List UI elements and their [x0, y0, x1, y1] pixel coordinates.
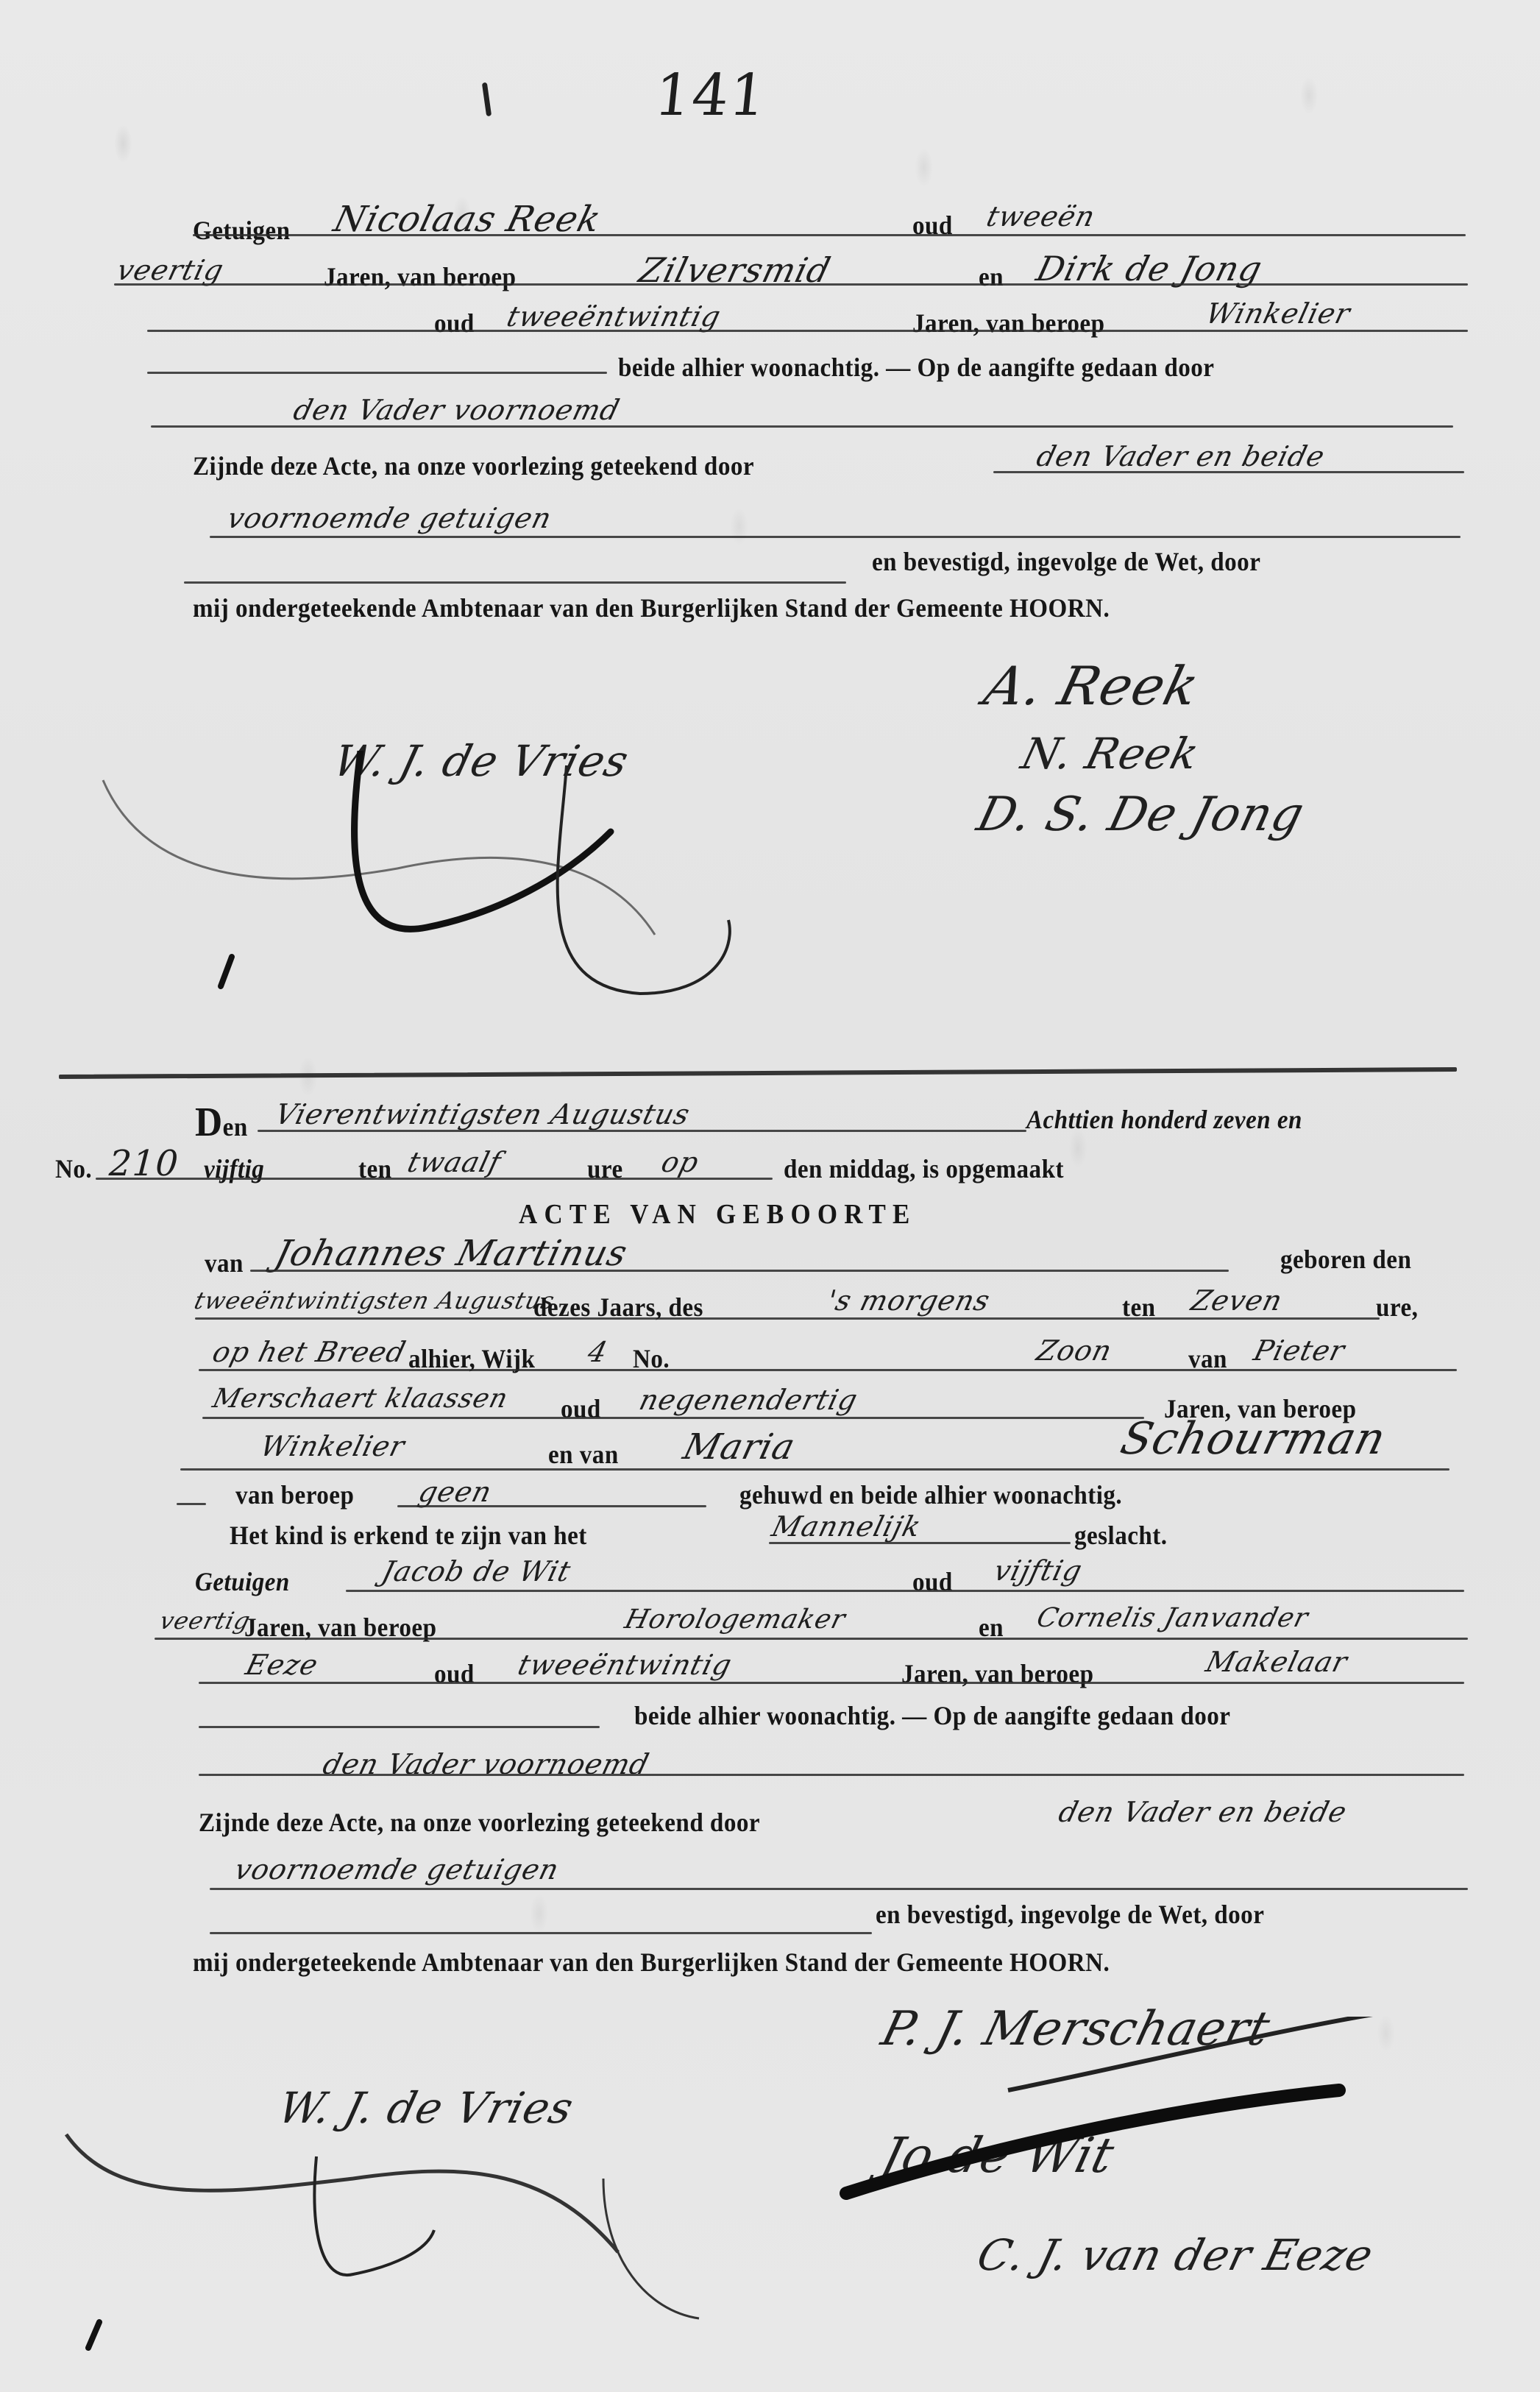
fill-line — [199, 1726, 600, 1728]
oud-label: oud — [434, 1658, 475, 1689]
year-label: Achttien honderd zeven en — [1026, 1104, 1302, 1135]
fill-line — [147, 372, 607, 374]
witness2-age: tweeëntwintig — [504, 300, 725, 333]
father-first: Pieter — [1251, 1334, 1349, 1367]
paraph-flourish — [44, 2031, 927, 2363]
birth-date: tweeëntwintigsten Augustus — [191, 1287, 558, 1314]
beide-label: beide alhier woonachtig. — Op de aangift… — [618, 352, 1214, 383]
fill-line — [210, 536, 1461, 538]
father-surname: Merschaert klaassen — [210, 1384, 511, 1414]
fill-line — [210, 1888, 1468, 1890]
witness1-age: vijftig — [991, 1554, 1086, 1587]
sex: Mannelijk — [769, 1510, 925, 1543]
relation: Zoon — [1034, 1334, 1116, 1367]
signature-witness2: D. S. De Jong — [972, 788, 1310, 842]
recognized-label: Het kind is erkend te zijn van het — [230, 1520, 587, 1551]
fill-line — [199, 1774, 1464, 1776]
fill-line — [114, 283, 1468, 286]
section-divider — [59, 1067, 1457, 1079]
fill-line — [96, 1178, 773, 1180]
mother-name: Maria — [679, 1426, 800, 1468]
oud-label: oud — [561, 1393, 601, 1424]
fill-line — [184, 581, 846, 584]
official-label: mij ondergeteekende Ambtenaar van den Bu… — [193, 592, 1110, 623]
wijk-number: 4 — [585, 1336, 611, 1368]
oud-label: oud — [912, 1566, 953, 1597]
father-occupation: Winkelier — [258, 1430, 408, 1462]
den-label: Den — [195, 1099, 248, 1146]
fill-line — [199, 1369, 1457, 1371]
van-beroep-label: van beroep — [235, 1479, 354, 1510]
place: op het Breed — [210, 1336, 410, 1368]
signature-witness1: N. Reek — [1017, 729, 1204, 779]
fill-line — [177, 1503, 206, 1505]
witness1-name: Jacob de Wit — [379, 1555, 575, 1588]
signature-witness2: C. J. van der Eeze — [973, 2230, 1379, 2280]
fill-line — [195, 1317, 1380, 1320]
fill-line — [397, 1505, 706, 1507]
fill-line — [250, 1270, 1229, 1272]
birth-hour: Zeven — [1188, 1284, 1286, 1317]
signed-label: Zijnde deze Acte, na onze voorlezing get… — [199, 1807, 760, 1838]
witness2-name: Dirk de Jong — [1032, 249, 1266, 289]
en-label: en — [979, 261, 1004, 292]
married-label: gehuwd en beide alhier woonachtig. — [739, 1479, 1122, 1510]
witness1-age-cont: veertig — [157, 1607, 253, 1635]
witnesses-label: Getuigen — [195, 1566, 290, 1597]
middag-label: den middag, is opgemaakt — [784, 1153, 1064, 1184]
date-day: Vierentwintigsten Augustus — [272, 1098, 694, 1130]
witness1-age-cont: veertig — [114, 254, 227, 286]
time-of-day: 's morgens — [824, 1284, 994, 1317]
witness2-age: tweeëntwintig — [515, 1649, 736, 1681]
fill-line — [346, 1590, 1464, 1592]
jaren-beroep-label: Jaren, van beroep — [912, 308, 1104, 339]
oud-label: oud — [434, 308, 475, 339]
fill-line — [210, 1932, 872, 1934]
signed-by: den Vader en beide — [1034, 440, 1329, 473]
witness2-surname: Eeze — [243, 1649, 322, 1681]
witnesses-label: Getuigen — [193, 215, 290, 246]
jaren-beroep-label: Jaren, van beroep — [901, 1658, 1093, 1689]
witness1-age: tweeën — [984, 200, 1099, 233]
signed-by: den Vader en beide — [1056, 1796, 1351, 1828]
ure-label2: ure, — [1376, 1292, 1418, 1323]
father-age: negenendertig — [636, 1384, 862, 1416]
fill-line — [180, 1468, 1449, 1471]
fill-line — [155, 1638, 1468, 1640]
confirmed-label: en bevestigd, ingevolge de Wet, door — [872, 546, 1260, 577]
child-name: Johannes Martinus — [271, 1233, 632, 1274]
witness2-name: Cornelis Janvander — [1034, 1603, 1312, 1633]
declarant: den Vader voornoemd — [291, 394, 624, 426]
mother-occupation: geen — [416, 1476, 496, 1508]
document-title: ACTE VAN GEBOORTE — [519, 1198, 916, 1231]
beide-label: beide alhier woonachtig. — Op de aangift… — [634, 1700, 1230, 1731]
witness2-occupation: Winkelier — [1203, 297, 1354, 330]
signature-father: A. Reek — [979, 655, 1206, 717]
hour: twaalf — [405, 1146, 505, 1178]
en-van-label: en van — [548, 1439, 619, 1470]
paraph-flourish — [88, 751, 824, 1030]
fill-line — [769, 1542, 1071, 1544]
act-no-label: No. — [55, 1153, 92, 1184]
fill-line — [202, 1417, 1144, 1419]
official-label: mij ondergeteekende Ambtenaar van den Bu… — [193, 1947, 1110, 1978]
van-label: van — [205, 1248, 244, 1278]
fill-line — [993, 471, 1464, 473]
ink-mark — [482, 82, 492, 117]
signed-by-cont: voornoemde getuigen — [232, 1853, 563, 1886]
dropcap-d: D — [195, 1100, 223, 1145]
underline-flourish — [824, 2017, 1413, 2237]
signed-by-cont: voornoemde getuigen — [224, 502, 556, 534]
witness2-occupation: Makelaar — [1203, 1646, 1352, 1678]
folio-number: 141 — [651, 63, 770, 129]
mother-surname: Schourman — [1115, 1413, 1391, 1465]
fill-line — [147, 330, 1468, 332]
op-word: op — [659, 1146, 703, 1178]
fill-line — [151, 425, 1453, 428]
geboren-label: geboren den — [1280, 1244, 1411, 1275]
witness1-occupation: Horologemaker — [622, 1604, 849, 1635]
den-suffix: en — [223, 1112, 248, 1142]
geslacht-label: geslacht. — [1074, 1520, 1167, 1551]
confirmed-label: en bevestigd, ingevolge de Wet, door — [876, 1899, 1264, 1930]
fill-line — [193, 234, 1466, 236]
fill-line — [199, 1682, 1464, 1684]
jaren-beroep-label: Jaren, van beroep — [324, 261, 516, 292]
signed-label: Zijnde deze Acte, na onze voorlezing get… — [193, 450, 754, 481]
fill-line — [258, 1130, 1026, 1132]
